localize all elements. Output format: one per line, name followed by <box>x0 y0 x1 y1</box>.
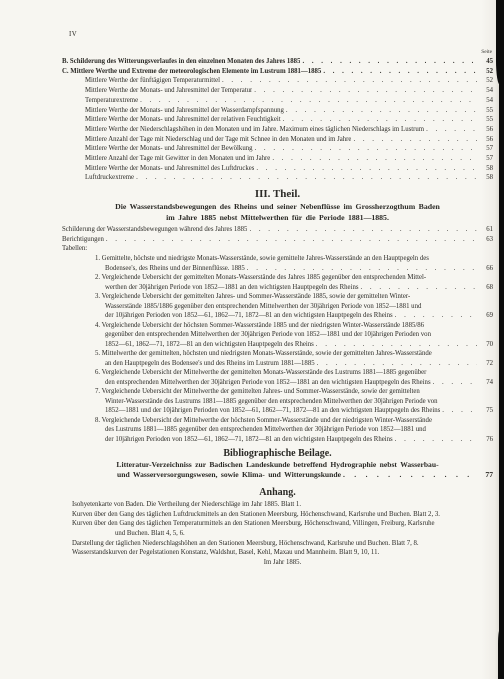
page-number: 72 <box>477 359 493 369</box>
tabellen-label: Tabellen: <box>62 244 493 254</box>
toc-entry-text: Temperaturextreme <box>85 96 138 106</box>
biblio-title-line-1: Litteratur-Verzeichniss zur Badischen La… <box>62 460 493 470</box>
toc-entry-text: 3. Vergleichende Uebersicht der gemittel… <box>62 292 493 302</box>
section-heading-anhang: Anhang. <box>62 486 493 499</box>
toc-entry-text: Mittlere Anzahl der Tage mit Niederschla… <box>85 135 351 145</box>
toc-entry-text: Berichtigungen <box>62 235 104 245</box>
section-heading-biblio: Bibliographische Beilage. <box>62 448 493 460</box>
page-number: 66 <box>477 264 493 274</box>
toc-entry-text: des Lustrums 1881—1885 gegenüber den ent… <box>62 425 493 435</box>
dot-leader <box>220 76 477 86</box>
toc-entry-text: Mittlere Anzahl der Tage mit Gewitter in… <box>85 154 270 164</box>
toc-row: Mittlere Werthe der fünftägigen Temperat… <box>62 76 493 86</box>
dot-leader <box>431 378 477 388</box>
seite-column-label: Seite <box>481 49 492 55</box>
tables-list: 1. Gemittelte, höchste und niedrigste Mo… <box>62 254 493 444</box>
section-heading-theil-3: III. Theil. <box>62 188 493 200</box>
toc-row: der 10jährigen Perioden von 1852—61, 186… <box>62 311 493 321</box>
dot-leader <box>314 340 477 350</box>
page-number: 63 <box>477 235 493 245</box>
toc-entry-text: 1852—1881 und der 10jährigen Perioden vo… <box>105 406 440 416</box>
biblio-title-line-2: und Wasserversorgungswesen, sowie Klima-… <box>117 470 341 480</box>
dot-leader <box>252 86 477 96</box>
toc-entry-text: 6. Vergleichende Uebersicht der Mittelwe… <box>62 368 493 378</box>
toc-entry-text: C. Mittlere Werthe und Extreme der meteo… <box>62 67 321 77</box>
toc-entry-text: Schilderung der Wasserstandsbewegungen w… <box>62 225 247 235</box>
page-number: 68 <box>477 283 493 293</box>
page-number: 54 <box>477 96 493 106</box>
page-number: 76 <box>477 435 493 445</box>
page-number: 57 <box>477 144 493 154</box>
toc-entry-text: Mittlere Werthe der Niederschlagshöhen i… <box>85 125 424 135</box>
toc-entry-text: werthen der 30jährigen Periode von 1852—… <box>105 283 359 293</box>
toc-row: Mittlere Werthe der Niederschlagshöhen i… <box>62 125 493 135</box>
toc-row: Mittlere Werthe der Monats- und Jahresmi… <box>62 144 493 154</box>
page-number: 52 <box>477 67 493 77</box>
toc-row: 1852—61, 1862—71, 1872—81 an den wichtig… <box>62 340 493 350</box>
toc-entry-text: der 10jährigen Perioden von 1852—61, 186… <box>105 435 393 445</box>
page-number: 57 <box>477 154 493 164</box>
dot-leader <box>270 154 477 164</box>
toc-row: werthen der 30jährigen Periode von 1852—… <box>62 283 493 293</box>
section-title-line-2: im Jahre 1885 nebst Mittelwerthen für di… <box>62 213 493 223</box>
toc-row: der 10jährigen Perioden von 1852—61, 186… <box>62 435 493 445</box>
dot-leader <box>424 125 477 135</box>
page-number: 52 <box>477 76 493 86</box>
page-number: 55 <box>477 106 493 116</box>
toc-entry-text: 7. Vergleichende Uebersicht der Mittelwe… <box>62 387 493 397</box>
toc-entry-text: 8. Vergleichende Uebersicht der Mittelwe… <box>62 416 493 426</box>
folio-number: IV <box>69 31 77 38</box>
toc-entry-text: Mittlere Werthe der fünftägigen Temperat… <box>85 76 220 86</box>
toc-entry-text: Mittlere Werthe der Monats- und Jahresmi… <box>85 115 281 125</box>
dot-leader <box>254 164 477 174</box>
toc-row: Mittlere Werthe der Monats- und Jahresmi… <box>62 115 493 125</box>
toc-row: Bodensee's, des Rheins und der Binnenflü… <box>62 264 493 274</box>
toc-entry-text: Mittlere Werthe der Monats- und Jahresmi… <box>85 144 253 154</box>
toc-entry-text: 5. Mittelwerthe der gemittelten, höchste… <box>62 349 493 359</box>
page-number: 58 <box>477 173 493 183</box>
toc-row: B. Schilderung des Witterungsverlaufes i… <box>62 57 493 67</box>
toc-entry-text: gegenüber den entsprechenden Mittelwerth… <box>62 330 493 340</box>
toc-row: Mittlere Anzahl der Tage mit Niederschla… <box>62 135 493 145</box>
dot-leader <box>351 135 477 145</box>
dot-leader <box>300 57 477 67</box>
toc-entry-text: Mittlere Werthe der Monats- und Jahresmi… <box>85 106 284 116</box>
toc-entry-text: Wasserstände 1885/1886 gegenüber den ent… <box>62 302 493 312</box>
dot-leader <box>393 435 477 445</box>
toc-row: Berichtigungen63 <box>62 235 493 245</box>
toc-entry: 6. Vergleichende Uebersicht der Mittelwe… <box>62 368 493 387</box>
page-number: 54 <box>477 86 493 96</box>
toc-row: Mittlere Anzahl der Tage mit Gewitter in… <box>62 154 493 164</box>
toc-row: C. Mittlere Werthe und Extreme der meteo… <box>62 67 493 77</box>
toc-entry-text: der 10jährigen Perioden von 1852—61, 186… <box>105 311 393 321</box>
dot-leader <box>253 144 477 154</box>
dot-leader <box>393 311 477 321</box>
anhang-entry: Isohyetenkarte von Baden. Die Vertheilun… <box>72 500 493 510</box>
dot-leader <box>281 115 477 125</box>
page-number: 56 <box>477 135 493 145</box>
toc-row: und Wasserversorgungswesen, sowie Klima-… <box>62 470 493 480</box>
toc-entry: 1. Gemittelte, höchste und niedrigste Mo… <box>62 254 493 273</box>
page-number: 74 <box>477 378 493 388</box>
page-number: 56 <box>477 125 493 135</box>
toc-row: Mittlere Werthe der Monats- und Jahresmi… <box>62 164 493 174</box>
toc-entry-text: Mittlere Werthe der Monats- und Jahresmi… <box>85 164 254 174</box>
anhang-footer: Im Jahr 1885. <box>72 558 493 568</box>
anhang-entry-continuation: und Buchen. Blatt 4, 5, 6. <box>72 529 493 539</box>
anhang-entry: Wasserstandskurven der Pegelstationen Ko… <box>72 548 493 558</box>
dot-leader <box>247 225 477 235</box>
toc-row: Schilderung der Wasserstandsbewegungen w… <box>62 225 493 235</box>
toc-entry: 4. Vergleichende Uebersicht der höchsten… <box>62 321 493 350</box>
toc-row: 1852—1881 und der 10jährigen Perioden vo… <box>62 406 493 416</box>
page-number: 69 <box>477 311 493 321</box>
toc-row: den entsprechenden Mittelwerthen der 30j… <box>62 378 493 388</box>
toc-entry-text: B. Schilderung des Witterungsverlaufes i… <box>62 57 300 67</box>
toc-entry-text: 4. Vergleichende Uebersicht der höchsten… <box>62 321 493 331</box>
table-of-contents: B. Schilderung des Witterungsverlaufes i… <box>62 57 493 568</box>
dot-leader <box>245 264 477 274</box>
toc-row: Temperaturextreme54 <box>62 96 493 106</box>
toc-entry-text: 1. Gemittelte, höchste und niedrigste Mo… <box>62 254 493 264</box>
dot-leader <box>359 283 477 293</box>
toc-entry-text: 2. Vergleichende Uebersicht der gemittel… <box>62 273 493 283</box>
toc-entry: 3. Vergleichende Uebersicht der gemittel… <box>62 292 493 321</box>
anhang-entry: Kurven über den Gang des täglichen Tempe… <box>72 519 493 529</box>
anhang-list: Isohyetenkarte von Baden. Die Vertheilun… <box>72 500 493 568</box>
toc-entry: 7. Vergleichende Uebersicht der Mittelwe… <box>62 387 493 416</box>
dot-leader <box>341 470 477 480</box>
page-number: 75 <box>477 406 493 416</box>
anhang-entry: Kurven über den Gang des täglichen Luftd… <box>72 510 493 520</box>
toc-row: Luftdruckextreme58 <box>62 173 493 183</box>
anhang-entry: Darstellung der täglichen Niederschlagsh… <box>72 539 493 549</box>
toc-entry-text: Luftdruckextreme <box>85 173 134 183</box>
dot-leader <box>134 173 477 183</box>
page-number: 61 <box>477 225 493 235</box>
page-number: 70 <box>477 340 493 350</box>
toc-entry-text: den entsprechenden Mittelwerthen der 30j… <box>105 378 431 388</box>
page-number: 45 <box>477 57 493 67</box>
toc-entry-text: Mittlere Werthe der Monats- und Jahresmi… <box>85 86 252 96</box>
dot-leader <box>315 359 477 369</box>
dot-leader <box>321 67 477 77</box>
toc-row: Mittlere Werthe der Monats- und Jahresmi… <box>62 86 493 96</box>
toc-entry-text: Winter-Wasserstände des Lustrums 1881—18… <box>62 397 493 407</box>
dot-leader <box>284 106 477 116</box>
scan-edge-shadow <box>499 0 504 679</box>
page-number: 55 <box>477 115 493 125</box>
toc-entry-text: an den Hauptpegeln des Bodensee's und de… <box>105 359 315 369</box>
toc-entry: 2. Vergleichende Uebersicht der gemittel… <box>62 273 493 292</box>
toc-entry: 8. Vergleichende Uebersicht der Mittelwe… <box>62 416 493 445</box>
toc-entry: 5. Mittelwerthe der gemittelten, höchste… <box>62 349 493 368</box>
book-page: IV Seite B. Schilderung des Witterungsve… <box>0 0 504 679</box>
dot-leader <box>440 406 477 416</box>
dot-leader <box>138 96 477 106</box>
toc-row: an den Hauptpegeln des Bodensee's und de… <box>62 359 493 369</box>
toc-entry-text: 1852—61, 1862—71, 1872—81 an den wichtig… <box>105 340 314 350</box>
section-title-line-1: Die Wasserstandsbewegungen des Rheins un… <box>62 202 493 212</box>
toc-row: Mittlere Werthe der Monats- und Jahresmi… <box>62 106 493 116</box>
page-number: 58 <box>477 164 493 174</box>
dot-leader <box>104 235 477 245</box>
page-number: 77 <box>477 470 493 480</box>
toc-entry-text: Bodensee's, des Rheins und der Binnenflü… <box>105 264 245 274</box>
